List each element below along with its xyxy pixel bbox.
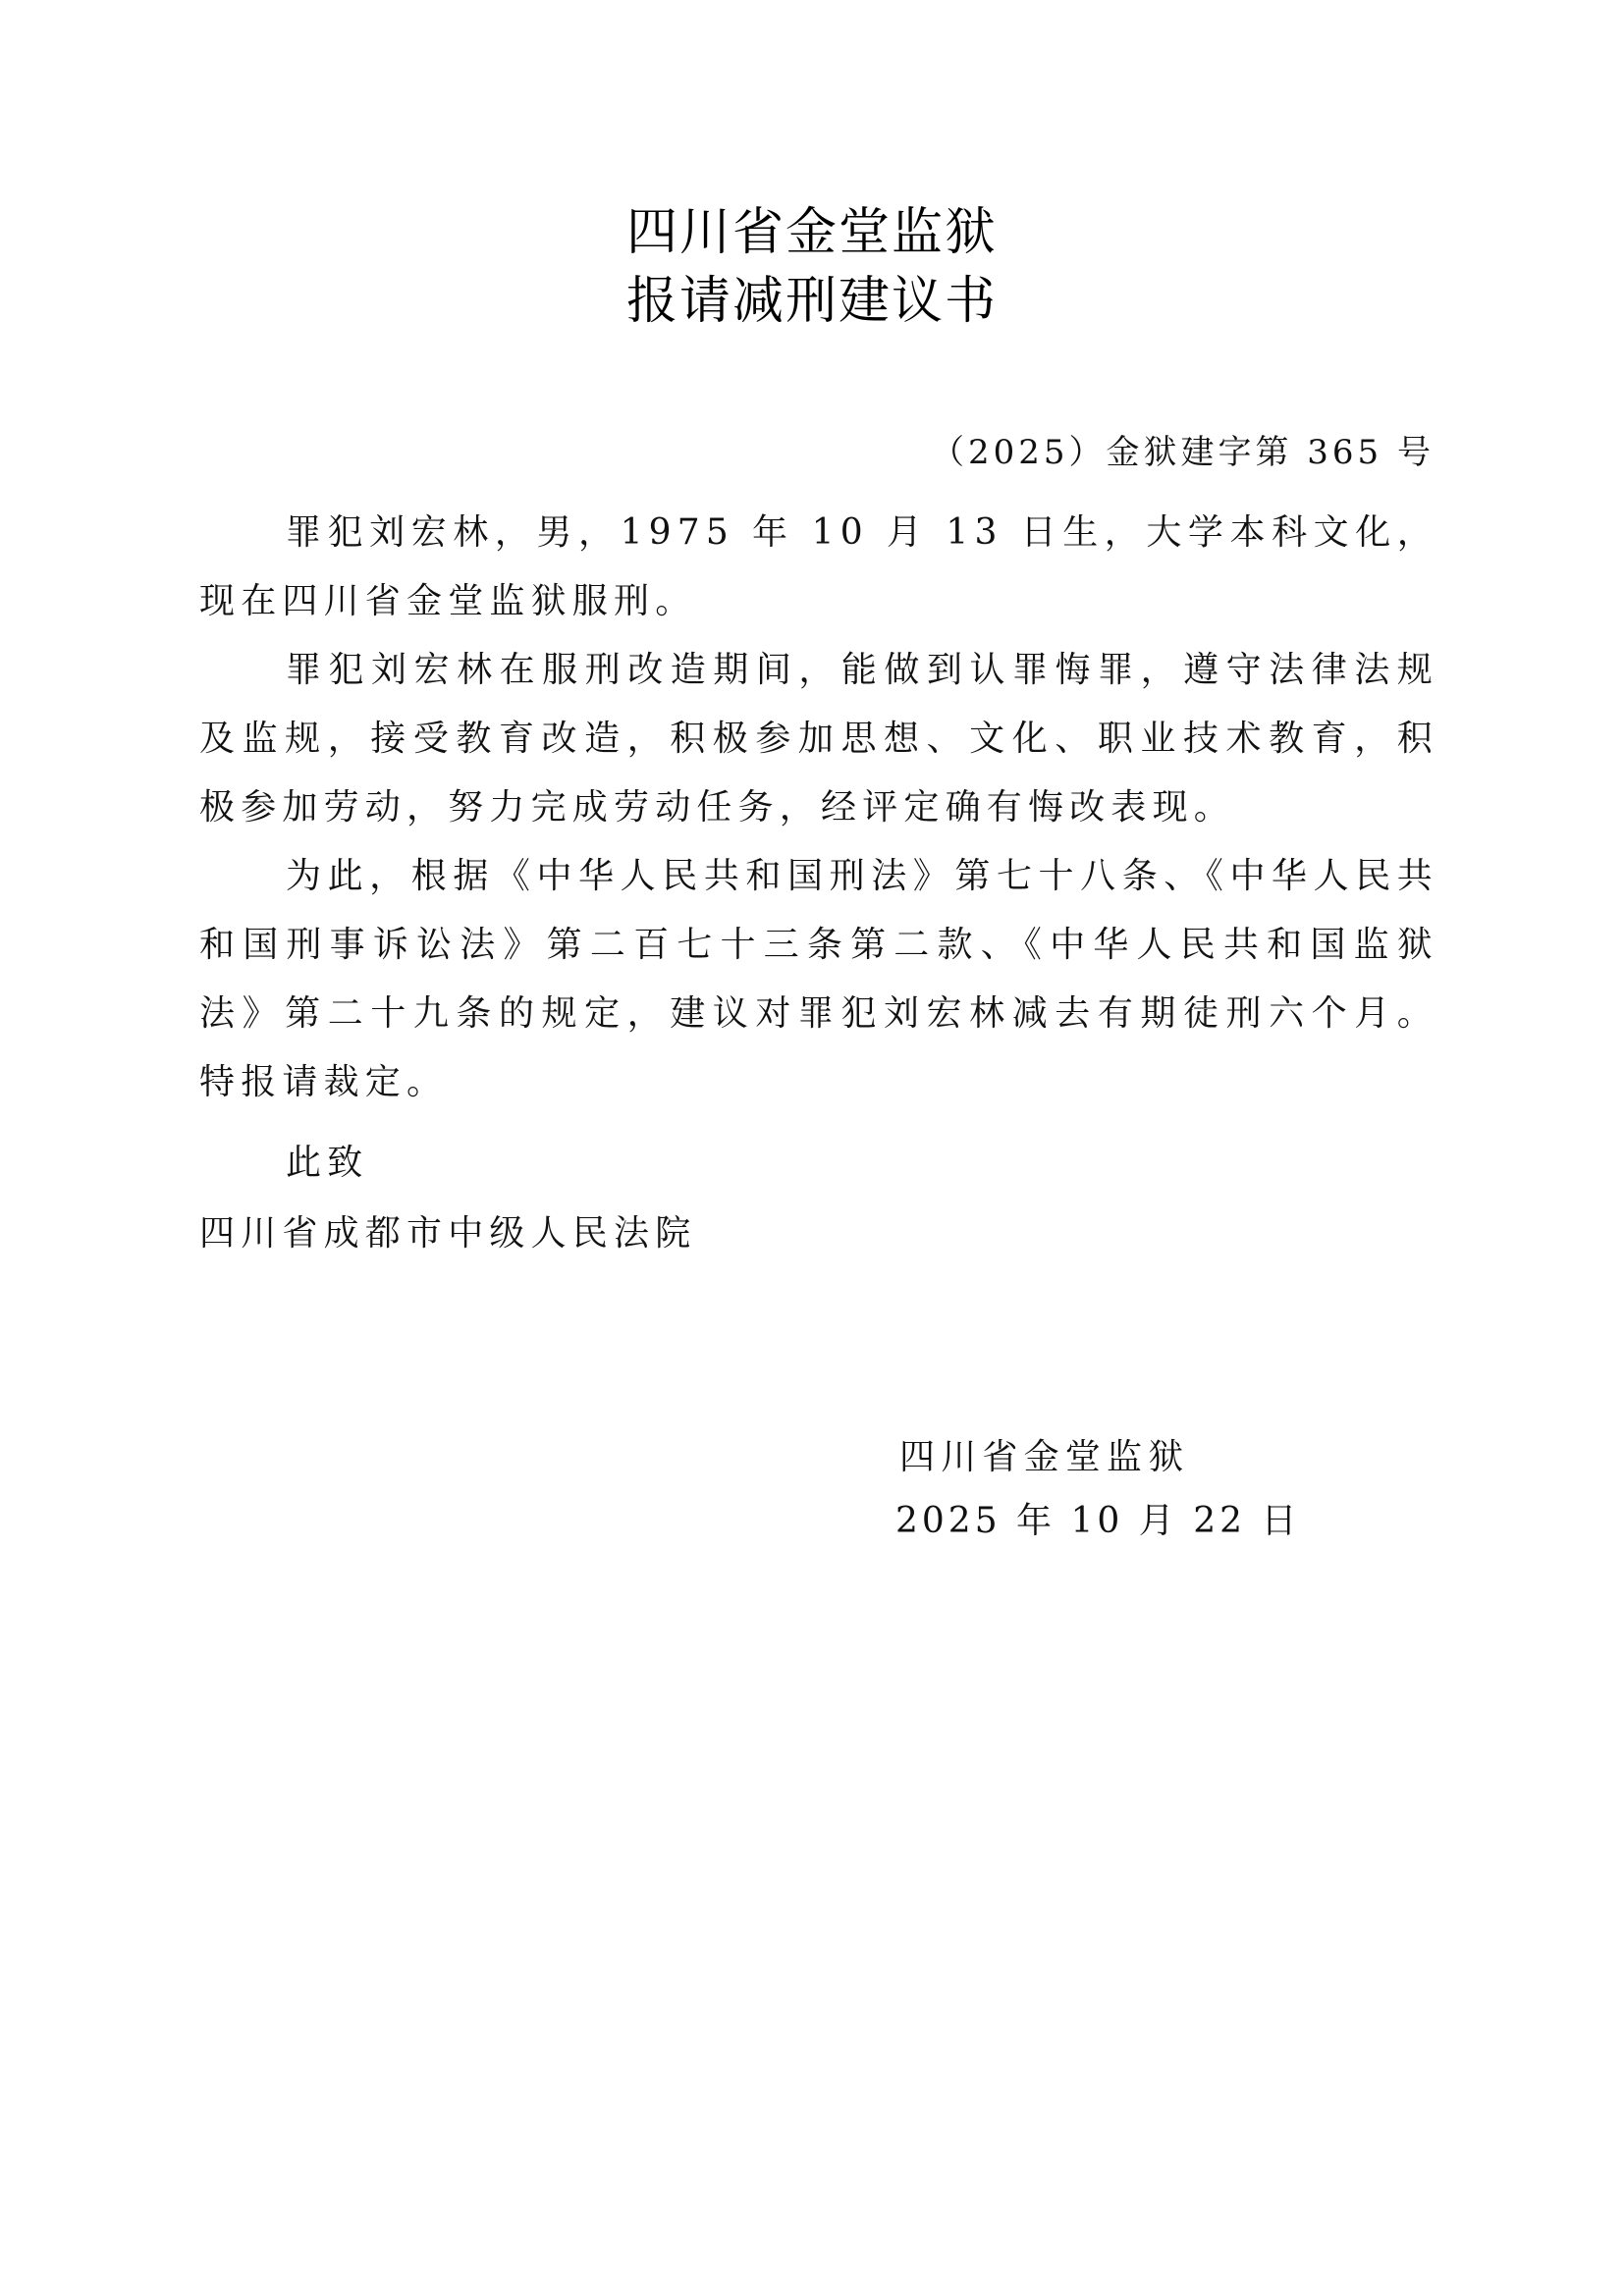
document-page: 四川省金堂监狱 报请减刑建议书 （2025）金狱建字第 365 号 罪犯刘宏林，… (0, 0, 1624, 2296)
document-number: （2025）金狱建字第 365 号 (931, 429, 1435, 476)
signature-date: 2025 年 10 月 22 日 (895, 1487, 1300, 1556)
paragraph-prisoner-info: 罪犯刘宏林，男，1975 年 10 月 13 日生，大学本科文化，现在四川省金堂… (199, 499, 1438, 636)
signature-organization: 四川省金堂监狱 (899, 1423, 1189, 1492)
paragraph-recommendation: 为此，根据《中华人民共和国刑法》第七十八条、《中华人民共和国刑事诉讼法》第二百七… (199, 842, 1438, 1117)
recipient-court: 四川省成都市中级人民法院 (199, 1200, 696, 1268)
paragraph-behavior: 罪犯刘宏林在服刑改造期间，能做到认罪悔罪，遵守法律法规及监规，接受教育改造，积极… (199, 636, 1438, 842)
paragraph-text: 罪犯刘宏林在服刑改造期间，能做到认罪悔罪，遵守法律法规及监规，接受教育改造，积极… (199, 636, 1438, 842)
paragraph-text: 罪犯刘宏林，男，1975 年 10 月 13 日生，大学本科文化，现在四川省金堂… (199, 499, 1438, 636)
paragraph-text: 为此，根据《中华人民共和国刑法》第七十八条、《中华人民共和国刑事诉讼法》第二百七… (199, 842, 1438, 1117)
document-title-line-2: 报请减刑建议书 (0, 270, 1624, 333)
salutation: 此致 (286, 1129, 368, 1198)
document-title-line-1: 四川省金堂监狱 (0, 201, 1624, 264)
